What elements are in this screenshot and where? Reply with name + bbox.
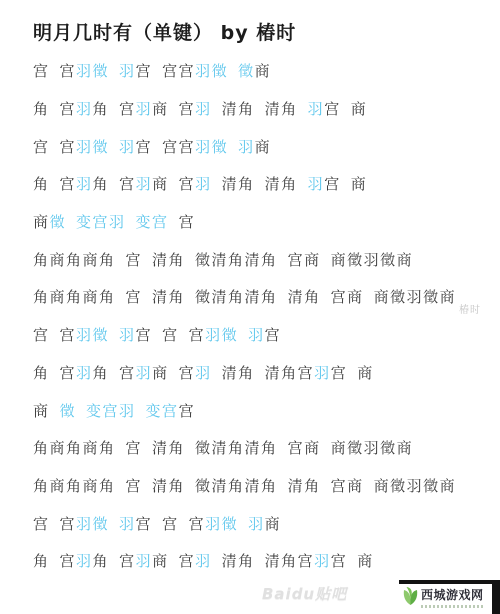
- note-gap: [116, 296, 126, 297]
- badge-text-column: 西城游戏网: [421, 586, 485, 608]
- note: 徵: [60, 400, 77, 421]
- note: 清角宫: [265, 362, 315, 383]
- note-gap: [228, 146, 238, 147]
- note-gap: [278, 447, 288, 448]
- note-gap: [169, 372, 179, 373]
- note: 清角: [265, 98, 298, 119]
- note-gap: [50, 108, 60, 109]
- note-gap: [278, 259, 288, 260]
- note: 商: [357, 362, 374, 383]
- note: 宫: [324, 173, 341, 194]
- note-gap: [126, 221, 136, 222]
- note: 宫: [60, 324, 77, 345]
- note-gap: [364, 296, 374, 297]
- note: 角: [33, 173, 50, 194]
- note: 徵清角清角: [195, 249, 278, 270]
- note: 羽: [119, 60, 136, 81]
- note-gap: [66, 221, 76, 222]
- note: 商徵羽徵商: [374, 286, 457, 307]
- note-gap: [298, 108, 308, 109]
- note-gap: [185, 485, 195, 486]
- score-line: 角宫羽角宫羽商宫羽清角清角羽宫商: [33, 165, 483, 203]
- note: 清角: [288, 475, 321, 496]
- note-gap: [169, 183, 179, 184]
- note-gap: [255, 372, 265, 373]
- note: 羽: [314, 362, 331, 383]
- note: 商: [255, 136, 272, 157]
- note: 商: [255, 60, 272, 81]
- author-watermark: 椿时: [459, 301, 481, 316]
- score-line: 角商角商角宫清角徵清角清角清角宫商商徵羽徵商: [33, 467, 483, 505]
- note: 商: [152, 362, 169, 383]
- note-gap: [109, 108, 119, 109]
- note-gap: [228, 70, 238, 71]
- note-gap: [321, 485, 331, 486]
- note-gap: [116, 447, 126, 448]
- note: 宫商: [331, 286, 364, 307]
- note: 羽: [76, 173, 93, 194]
- note: 商: [152, 173, 169, 194]
- note: 角商角商角: [33, 437, 116, 458]
- note: 羽徵: [76, 513, 109, 534]
- note-gap: [255, 560, 265, 561]
- note: 宫: [60, 136, 77, 157]
- note-gap: [142, 485, 152, 486]
- note-gap: [152, 146, 162, 147]
- note: 羽徵: [205, 513, 238, 534]
- score-line: 角商角商角宫清角徵清角清角宫商商徵羽徵商: [33, 240, 483, 278]
- note-gap: [109, 70, 119, 71]
- note: 羽: [308, 173, 325, 194]
- note: 商: [152, 98, 169, 119]
- note: 宫: [60, 98, 77, 119]
- note: 角: [33, 550, 50, 571]
- note: 宫: [60, 513, 77, 534]
- score-line: 商徵变宫羽变宫宫: [33, 203, 483, 241]
- note: 宫: [126, 286, 143, 307]
- note-gap: [321, 259, 331, 260]
- note-gap: [109, 334, 119, 335]
- note: 宫: [179, 550, 196, 571]
- note-gap: [152, 70, 162, 71]
- note-gap: [142, 447, 152, 448]
- note-gap: [238, 334, 248, 335]
- note: 宫商: [331, 475, 364, 496]
- note-gap: [109, 523, 119, 524]
- note: 羽: [314, 550, 331, 571]
- note: 羽: [119, 513, 136, 534]
- note: 宫: [331, 362, 348, 383]
- note: 羽: [248, 513, 265, 534]
- note: 角: [93, 173, 110, 194]
- note-gap: [212, 372, 222, 373]
- badge-top-border: [399, 580, 500, 584]
- note: 徵清角清角: [195, 437, 278, 458]
- note: 羽: [119, 324, 136, 345]
- note-gap: [185, 447, 195, 448]
- note: 徵: [238, 60, 255, 81]
- badge-content: 西城游戏网: [402, 586, 485, 610]
- note: 宫: [162, 513, 179, 534]
- note: 宫宫: [162, 136, 195, 157]
- note: 清角宫: [265, 550, 315, 571]
- note-gap: [179, 334, 189, 335]
- note: 徵清角清角: [195, 286, 278, 307]
- note: 变宫: [146, 400, 179, 421]
- note: 宫宫: [162, 60, 195, 81]
- note-gap: [116, 485, 126, 486]
- note: 羽: [136, 550, 153, 571]
- note-gap: [50, 70, 60, 71]
- note: 宫: [189, 513, 206, 534]
- note-gap: [347, 560, 357, 561]
- note: 宫: [179, 211, 196, 232]
- note: 宫: [33, 60, 50, 81]
- score-line: 宫宫羽徵羽宫宫宫羽徵徵商: [33, 52, 483, 90]
- note: 变宫羽: [86, 400, 136, 421]
- note-gap: [185, 259, 195, 260]
- note: 清角: [265, 173, 298, 194]
- note: 宫: [60, 550, 77, 571]
- note: 羽: [308, 98, 325, 119]
- note-gap: [341, 183, 351, 184]
- note-gap: [50, 372, 60, 373]
- note-gap: [169, 108, 179, 109]
- note: 商徵羽徵商: [374, 475, 457, 496]
- note: 宫: [119, 173, 136, 194]
- note: 角商角商角: [33, 475, 116, 496]
- note: 宫: [126, 437, 143, 458]
- note: 宫: [179, 362, 196, 383]
- note: 宫: [189, 324, 206, 345]
- note: 宫: [324, 98, 341, 119]
- badge-url-text: [421, 605, 485, 608]
- note: 羽: [238, 136, 255, 157]
- note: 商: [265, 513, 282, 534]
- note-gap: [238, 523, 248, 524]
- note-gap: [179, 523, 189, 524]
- leaf-icon: [402, 586, 421, 610]
- note-gap: [347, 372, 357, 373]
- note: 角商角商角: [33, 286, 116, 307]
- note-gap: [169, 221, 179, 222]
- note-gap: [298, 183, 308, 184]
- score-line: 宫宫羽徵羽宫宫宫羽徵羽商: [33, 127, 483, 165]
- note: 宫: [126, 249, 143, 270]
- note: 宫: [33, 324, 50, 345]
- note: 宫: [60, 173, 77, 194]
- note: 宫商: [288, 249, 321, 270]
- note-gap: [50, 146, 60, 147]
- note: 宫: [136, 60, 153, 81]
- note: 宫: [136, 513, 153, 534]
- note-gap: [50, 560, 60, 561]
- note: 宫: [265, 324, 282, 345]
- note-gap: [321, 296, 331, 297]
- note: 宫: [60, 362, 77, 383]
- note: 清角: [152, 249, 185, 270]
- note: 羽徵: [76, 136, 109, 157]
- note: 羽: [136, 362, 153, 383]
- note: 角: [93, 98, 110, 119]
- note: 羽: [76, 98, 93, 119]
- note-gap: [341, 108, 351, 109]
- note: 宫: [119, 98, 136, 119]
- note: 羽: [76, 362, 93, 383]
- note: 角: [93, 362, 110, 383]
- note: 清角: [222, 550, 255, 571]
- score-line: 角宫羽角宫羽商宫羽清角清角羽宫商: [33, 90, 483, 128]
- note: 宫: [179, 173, 196, 194]
- note-gap: [212, 183, 222, 184]
- note: 变宫: [136, 211, 169, 232]
- note: 宫: [179, 400, 196, 421]
- note-gap: [76, 410, 86, 411]
- note: 羽: [195, 362, 212, 383]
- note: 宫: [162, 324, 179, 345]
- note: 角: [93, 550, 110, 571]
- note-gap: [50, 183, 60, 184]
- note: 宫: [119, 550, 136, 571]
- note: 羽: [248, 324, 265, 345]
- note: 宫: [119, 362, 136, 383]
- note: 商: [33, 400, 50, 421]
- score-line: 宫宫羽徵羽宫宫宫羽徵羽宫: [33, 316, 483, 354]
- note: 清角: [222, 362, 255, 383]
- note: 清角: [152, 437, 185, 458]
- score-line: 商徵变宫羽变宫宫: [33, 391, 483, 429]
- note: 商: [351, 173, 368, 194]
- note: 羽徵: [195, 136, 228, 157]
- note: 羽: [195, 98, 212, 119]
- note: 商徵羽徵商: [331, 437, 414, 458]
- note: 羽: [195, 550, 212, 571]
- note: 宫: [331, 550, 348, 571]
- note: 宫: [33, 513, 50, 534]
- note-gap: [255, 108, 265, 109]
- note-gap: [278, 485, 288, 486]
- note: 徵: [50, 211, 67, 232]
- score-lines: 宫宫羽徵羽宫宫宫羽徵徵商角宫羽角宫羽商宫羽清角清角羽宫商宫宫羽徵羽宫宫宫羽徵羽商…: [33, 52, 483, 580]
- note-gap: [152, 334, 162, 335]
- note-gap: [185, 296, 195, 297]
- note: 商: [357, 550, 374, 571]
- note: 变宫羽: [76, 211, 126, 232]
- note-gap: [278, 296, 288, 297]
- note-gap: [152, 523, 162, 524]
- note: 羽: [195, 173, 212, 194]
- note-gap: [212, 560, 222, 561]
- note: 商: [152, 550, 169, 571]
- score-line: 角宫羽角宫羽商宫羽清角清角宫羽宫商: [33, 542, 483, 580]
- badge-right-border: [492, 580, 500, 614]
- note: 宫: [126, 475, 143, 496]
- note: 宫商: [288, 437, 321, 458]
- note: 清角: [222, 173, 255, 194]
- note-gap: [50, 410, 60, 411]
- note-gap: [142, 259, 152, 260]
- note-gap: [212, 108, 222, 109]
- note: 宫: [60, 60, 77, 81]
- note: 宫: [136, 136, 153, 157]
- note: 角商角商角: [33, 249, 116, 270]
- note: 清角: [152, 475, 185, 496]
- note-gap: [169, 560, 179, 561]
- note: 宫: [33, 136, 50, 157]
- note-gap: [109, 372, 119, 373]
- score-line: 角商角商角宫清角徵清角清角宫商商徵羽徵商: [33, 429, 483, 467]
- note-gap: [364, 485, 374, 486]
- note-gap: [321, 447, 331, 448]
- note-gap: [136, 410, 146, 411]
- note: 羽: [136, 173, 153, 194]
- score-line: 角商角商角宫清角徵清角清角清角宫商商徵羽徵商: [33, 278, 483, 316]
- note-gap: [116, 259, 126, 260]
- note: 羽: [76, 550, 93, 571]
- note: 角: [33, 98, 50, 119]
- note: 清角: [288, 286, 321, 307]
- note: 角: [33, 362, 50, 383]
- note: 宫: [136, 324, 153, 345]
- note: 羽: [119, 136, 136, 157]
- badge-site-name: 西城游戏网: [421, 586, 485, 603]
- score-line: 角宫羽角宫羽商宫羽清角清角宫羽宫商: [33, 354, 483, 392]
- note: 羽徵: [205, 324, 238, 345]
- note-gap: [142, 296, 152, 297]
- note: 清角: [152, 286, 185, 307]
- note: 商: [351, 98, 368, 119]
- page-title: 明月几时有（单键） by 椿时: [33, 18, 296, 45]
- note-gap: [50, 523, 60, 524]
- note: 商徵羽徵商: [331, 249, 414, 270]
- note-gap: [255, 183, 265, 184]
- note: 羽徵: [195, 60, 228, 81]
- note: 商: [33, 211, 50, 232]
- note: 羽徵: [76, 60, 109, 81]
- note-gap: [109, 183, 119, 184]
- site-badge: 西城游戏网: [399, 580, 500, 614]
- score-line: 宫宫羽徵羽宫宫宫羽徵羽商: [33, 504, 483, 542]
- baidu-watermark: Baidu贴吧: [262, 583, 347, 604]
- note-gap: [50, 334, 60, 335]
- note: 宫: [179, 98, 196, 119]
- note: 羽徵: [76, 324, 109, 345]
- note-gap: [109, 560, 119, 561]
- note: 清角: [222, 98, 255, 119]
- note: 徵清角清角: [195, 475, 278, 496]
- note: 羽: [136, 98, 153, 119]
- note-gap: [109, 146, 119, 147]
